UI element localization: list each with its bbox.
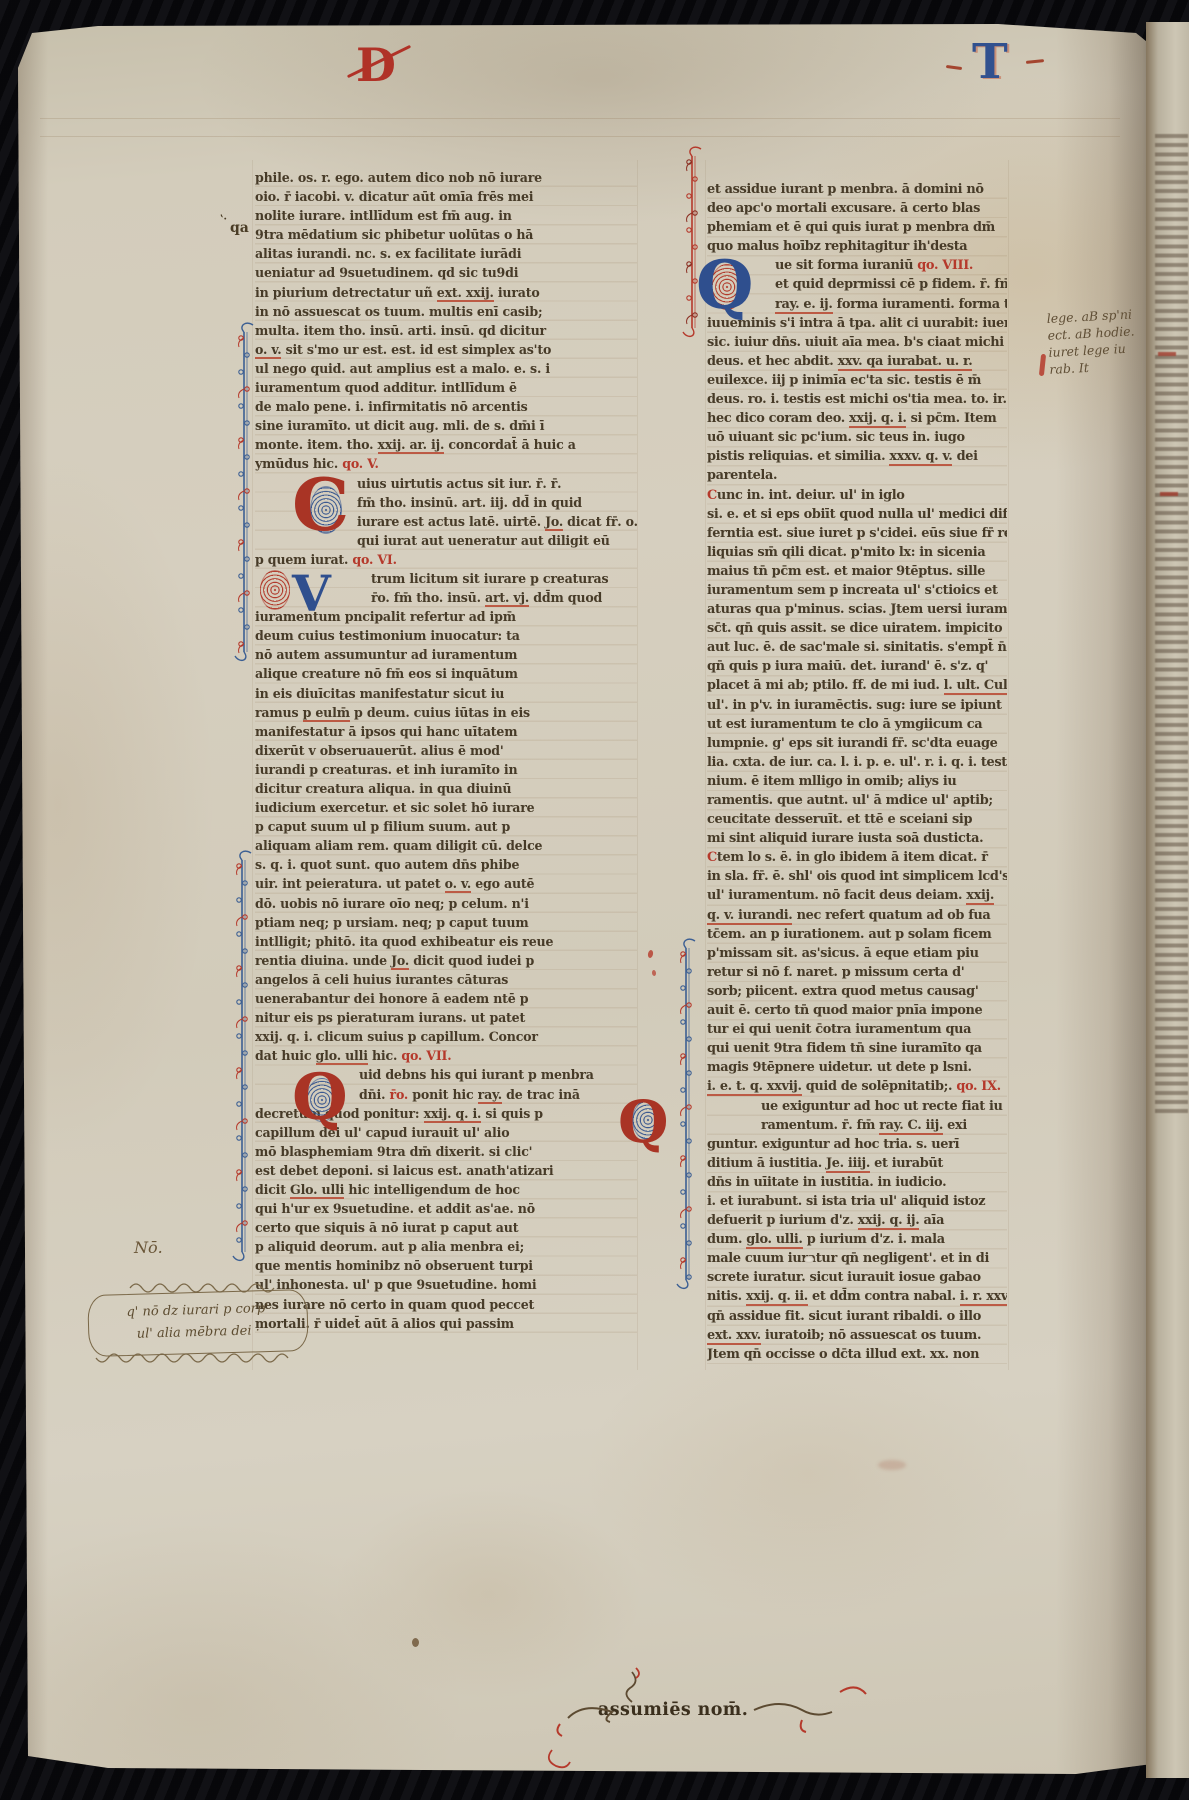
- text-line: sine iuramīto. ut dicit aug. mli. de s. …: [255, 416, 637, 435]
- body-text: phile. os. r. ego. autem dico nob nō iur…: [255, 170, 542, 185]
- text-line: qui h'ur ex 9suetudine. et addit as'ae. …: [255, 1199, 637, 1218]
- text-line: que mentis hominibz nō obseruent turpi: [255, 1256, 637, 1275]
- text-line: est debet deponi. si laicus est. anath'a…: [255, 1161, 637, 1180]
- body-text: ferntia est. siue iuret p s'cidei. eūs s…: [707, 526, 1007, 541]
- body-text: sit s'mo ur est. est. id est simplex as'…: [281, 342, 551, 357]
- body-text: deo apc'o mortali excusare. ā certo blas: [707, 201, 980, 216]
- body-text: ray. e. ij.: [775, 297, 833, 314]
- decorated-initial-Q: Q: [618, 1088, 690, 1150]
- body-text: ceucitate desseruīt. et ttē e sceiani si…: [707, 812, 972, 827]
- body-text: xxij. q. i.: [424, 1106, 482, 1123]
- body-text: ego autē: [471, 876, 534, 891]
- initial-letter: Q: [696, 246, 754, 324]
- body-text: tur ei qui uenit c̄otra iuramentum qua: [707, 1022, 971, 1037]
- text-line: ceucitate desseruīt. et ttē e sceiani si…: [707, 810, 1007, 829]
- body-text: pistis reliquias. et similia.: [707, 449, 889, 464]
- text-line: deus. et hec abdit. xxv. qa iurabat. u. …: [707, 352, 1007, 371]
- body-text: in piurium detrectatur uñ: [255, 285, 437, 300]
- body-text: rentia diuina. unde: [255, 953, 391, 968]
- body-text: dixerūt v obseruauerūt. alius ē mod': [255, 743, 504, 758]
- running-mark-right: T: [972, 34, 1008, 90]
- body-text: forma iuramenti. forma tripl̄ ī: [833, 297, 1007, 312]
- text-line: si. e. et si eps obiīt quod nulla ul' me…: [707, 505, 1007, 524]
- text-line: dn̄s in uīitate in iustitia. in iudicio.: [707, 1173, 1007, 1192]
- body-text: ut est iuramentum te clo ā ymgiicum ca: [707, 717, 982, 732]
- text-line: ramus p eulm̄ p deum. cuius iūtas in eis: [255, 703, 637, 722]
- red-smudge: [878, 1460, 906, 1470]
- text-line: nitis. xxij. q. ii. et dd̄m contra nabal…: [707, 1287, 1007, 1306]
- body-text: dum.: [707, 1232, 746, 1247]
- rubric-text: qo. VIII.: [917, 258, 973, 273]
- text-line: et assidue iurant p menbra. ā domini nō: [707, 180, 1007, 199]
- text-line: uir. int peieratura. ut patet o. v. ego …: [255, 874, 637, 893]
- body-text: hic.: [368, 1048, 402, 1063]
- text-line: ptiam neq; p ursiam. neq; p caput tuum: [255, 913, 637, 932]
- body-text: o. v.: [445, 876, 471, 893]
- body-text: Glo. ulli: [290, 1182, 344, 1199]
- body-text: nec refert quatum ad ob fua: [792, 908, 990, 923]
- body-text: angelos ā celi huius iurantes cāturas: [255, 972, 508, 987]
- body-text: xxij.: [966, 888, 994, 905]
- text-line: mi sint aliquid iurare iusta soā dustict…: [707, 829, 1007, 848]
- rubric-text: qo. IX.: [956, 1079, 1000, 1094]
- ink-speck: [412, 1638, 419, 1647]
- facing-page-rubric-mark: [1160, 492, 1178, 496]
- body-text: i. e. t. q. xxvij.: [707, 1079, 802, 1096]
- body-text: 9tra mēdatium sic phibetur uolūtas o hā: [255, 227, 533, 242]
- text-line: lumpnie. g' eps sit iurandi fr̄. sc'dta …: [707, 734, 1007, 753]
- text-line: hec dico coram deo. xxij. q. i. si pc̄m.…: [707, 409, 1007, 428]
- body-text: si. e. et si eps obiīt quod nulla ul' me…: [707, 507, 1007, 522]
- body-text: ul' iuramentum. nō facit deus deiam.: [707, 888, 966, 903]
- rubric-text: qo. VII.: [401, 1048, 451, 1063]
- text-line: lia. cxta. de iur. ca. l. i. p. e. ul'. …: [707, 753, 1007, 772]
- text-line: magis 9tēpnere uidetur. ut dete p lsni.: [707, 1058, 1007, 1077]
- text-line: iurandi p creaturas. et inh iuramīto in: [255, 760, 637, 779]
- text-line: nolite iurare. intllīdum est fm̄ aug. in: [255, 206, 637, 225]
- text-line: tur ei qui uenit c̄otra iuramentum qua: [707, 1020, 1007, 1039]
- body-text: uir. int peieratura. ut patet: [255, 876, 445, 891]
- body-text: qui h'ur ex 9suetudine. et addit as'ae. …: [255, 1201, 535, 1216]
- body-text: sc̄t. qn̄ quis assit. se dice uiratem. i…: [707, 621, 1002, 636]
- text-line: 9tra mēdatium sic phibetur uolūtas o hā: [255, 225, 637, 244]
- margin-squiggle: [94, 1352, 294, 1366]
- body-text: concordat̄ ā huic a: [444, 437, 576, 452]
- body-text: ul nego quid. aut amplius est a malo. e.…: [255, 361, 550, 376]
- body-text: monte. item. tho.: [255, 437, 378, 452]
- ruling-line: [40, 118, 1120, 119]
- body-text: ramus: [255, 705, 303, 720]
- text-line: ferntia est. siue iuret p s'cidei. eūs s…: [707, 524, 1007, 543]
- text-line: qn̄ quis p iura maiū. det. iurand' ē. s'…: [707, 657, 1007, 676]
- ruling-line: [705, 160, 706, 1370]
- body-text: male cuum iuratur qn̄ negligent'. et in …: [707, 1251, 989, 1266]
- body-text: intlligit; phitō. ita quod exhibeatur ei…: [255, 934, 553, 949]
- text-line: dō. uobis nō iurare oīo neq; p celum. n'…: [255, 894, 637, 913]
- boxed-note-line: ul' alia mēbra dei ·: [89, 1319, 308, 1347]
- running-letter: T: [972, 34, 1008, 90]
- text-line: dicitur creatura aliqua. in qua diuinū: [255, 779, 637, 798]
- text-line: retur si nō f. naret. p missum certa d': [707, 963, 1007, 982]
- text-line: dicit Glo. ulli hic intelligendum de hoc: [255, 1180, 637, 1199]
- body-text: sine iuramīto. ut dicit aug. mli. de s. …: [255, 418, 544, 433]
- body-text: i. r. xxv: [960, 1289, 1007, 1306]
- body-text: sorb; piicent. extra quod metus causag': [707, 984, 978, 999]
- body-text: ray.: [478, 1087, 502, 1104]
- body-text: xxxv. q. v.: [889, 449, 952, 466]
- body-text: alitas iurandi. nc. s. ex facilitate iur…: [255, 246, 521, 261]
- body-text: iuramentum sem p increata ul' s'ctioics …: [707, 583, 998, 598]
- text-line: alitas iurandi. nc. s. ex facilitate iur…: [255, 244, 637, 263]
- text-line: deum cuius testimonium inuocatur: ta: [255, 626, 637, 645]
- text-line: ramentis. que autnt. ul' ā mdice ul' apt…: [707, 791, 1007, 810]
- body-text: est debet deponi. si laicus est. anath'a…: [255, 1163, 553, 1178]
- body-text: p'missam sit. as'sicus. ā eque etiam piu: [707, 946, 979, 961]
- body-text: et iurabūt: [870, 1156, 943, 1171]
- text-line: ramentum. r̄. fm̄ ray. C. iij. exi: [707, 1116, 1007, 1135]
- text-line: ue exiguntur ad hoc ut recte fiat iu: [707, 1097, 1007, 1116]
- decorated-initial-Q: Q: [696, 246, 764, 334]
- text-line: q. v. iurandi. nec refert quatum ad ob f…: [707, 906, 1007, 925]
- body-text: nolite iurare. intllīdum est fm̄ aug. in: [255, 208, 512, 223]
- body-text: auit ē. certo tn̄ quod maior pnīa impone: [707, 1003, 982, 1018]
- body-text: l. ult. Culr.: [944, 678, 1007, 695]
- ruling-line: [40, 136, 1120, 137]
- body-text: fm̄ tho. insinū. art. iij. dd̄ in quid: [357, 495, 582, 510]
- penwork-border: [234, 850, 254, 1262]
- body-text: unc in. int. deiur. ul' in iglo: [717, 488, 905, 503]
- body-text: iurato: [494, 285, 540, 300]
- body-text: in nō assuescat os tuum. multis enī casi…: [255, 304, 542, 319]
- body-text: lia. cxta. de iur. ca. l. i. p. e. ul'. …: [707, 755, 1007, 770]
- text-line: manifestatur ā ipsos qui hanc uītatem: [255, 722, 637, 741]
- body-text: uid debns his qui iurant p menbra: [359, 1067, 594, 1082]
- body-text: ue sit forma iuraniū: [775, 258, 917, 273]
- body-text: ext. xxv.: [707, 1328, 761, 1345]
- catchword-flourish: [540, 1666, 900, 1776]
- body-text: xxij. q. i.: [849, 411, 906, 428]
- text-line: ueniatur ad 9suetudinem. qd sic tu9di: [255, 263, 637, 282]
- text-line: ut est iuramentum te clo ā ymgiicum ca: [707, 715, 1007, 734]
- body-text: ueniatur ad 9suetudinem. qd sic tu9di: [255, 265, 518, 280]
- margin-squiggle: [128, 1280, 288, 1294]
- body-text: xxij. q. ii.: [746, 1289, 808, 1306]
- text-line: oio. r̄ iacobi. v. dicatur aūt omīa frēs…: [255, 187, 637, 206]
- text-line: sic. iuiur dn̄s. uiuit aīa mea. b's ciaa…: [707, 333, 1007, 352]
- text-line: certo que siquis ā nō iurat p caput aut: [255, 1218, 637, 1237]
- text-line: liquias sm̄ qili dicat. p'mito lx: in si…: [707, 543, 1007, 562]
- text-column-right: et assidue iurant p menbra. ā domini nōd…: [707, 180, 1007, 1370]
- body-text: lumpnie. g' eps sit iurandi fr̄. sc'dta …: [707, 736, 997, 751]
- text-line: Ctem lo s. ē. in glo ibidem ā item dicat…: [707, 848, 1007, 867]
- text-line: euilexce. iij p inimīa ec'ta sic. testis…: [707, 371, 1007, 390]
- text-line: p caput suum ul p filium suum. aut p: [255, 817, 637, 836]
- body-text: dō. uobis nō iurare oīo neq; p celum. n'…: [255, 896, 529, 911]
- decorated-initial-Q: Q: [292, 1060, 354, 1148]
- body-text: deus. ro. i. testis est michi os'tia mea…: [707, 392, 1007, 407]
- body-text: dicit quod iudei p: [409, 953, 534, 968]
- body-text: certo que siquis ā nō iurat p caput aut: [255, 1220, 518, 1235]
- text-line: intlligit; phitō. ita quod exhibeatur ei…: [255, 932, 637, 951]
- text-line: Cunc in. int. deiur. ul' in iglo: [707, 486, 1007, 505]
- body-text: xxv. qa iurabat. u. r.: [838, 354, 973, 371]
- body-text: iuramentum quod additur. intllīdum ē: [255, 380, 517, 395]
- body-text: qn̄ assidue fit. sicut iurant ribaldi. o…: [707, 1309, 981, 1324]
- text-line: angelos ā celi huius iurantes cāturas: [255, 970, 637, 989]
- body-text: screte iuratur. sicut iurauit iosue gaba…: [707, 1270, 981, 1285]
- text-column-left: phile. os. r. ego. autem dico nob nō iur…: [255, 168, 637, 1336]
- rubric-text: C: [707, 488, 717, 503]
- text-line: pistis reliquias. et similia. xxxv. q. v…: [707, 447, 1007, 466]
- rubric-text: r̄o.: [390, 1087, 409, 1102]
- body-text: xxij. q. i. clicum suius p capillum. Con…: [255, 1029, 538, 1044]
- text-line: iuramentum sem p increata ul' s'ctioics …: [707, 581, 1007, 600]
- body-text: aturas qua p'minus. scias. Jtem uersi iu…: [707, 602, 1007, 617]
- margin-tick: ʽ·: [220, 214, 227, 225]
- text-line: ul' inhonesta. ul' p que 9suetudine. hom…: [255, 1275, 637, 1294]
- margin-gloss: lege. aB sp'niect. aB hodie.iuret lege i…: [1046, 302, 1189, 378]
- text-line: multa. item tho. insū. arti. insū. qd di…: [255, 321, 637, 340]
- body-text: xxij. ar. ij.: [378, 437, 445, 454]
- body-text: oio. r̄ iacobi. v. dicatur aūt omīa frēs…: [255, 189, 533, 204]
- body-text: dd̄m quod: [529, 590, 602, 605]
- body-text: phemiam et ē qui quis iurat p menbra dm̄: [707, 220, 995, 235]
- text-line: p'missam sit. as'sicus. ā eque etiam piu: [707, 944, 1007, 963]
- text-line: aut luc. ē. de sac'male si. sinitatis. s…: [707, 638, 1007, 657]
- margin-note-qa: ʽ· qa: [230, 220, 249, 236]
- text-line: ul nego quid. aut amplius est a malo. e.…: [255, 359, 637, 378]
- decorated-initial-V: V: [258, 564, 364, 616]
- quire-letter: D: [356, 38, 396, 92]
- nota-mark: Nō.: [134, 1238, 163, 1257]
- body-text: de trac inā: [502, 1087, 580, 1102]
- body-text: in sla. fr̄. ē. shl' ois quod int simpli…: [707, 869, 1007, 884]
- body-text: guntur. exiguntur ad hoc tria. s. uerī: [707, 1137, 959, 1152]
- body-text: ul' inhonesta. ul' p que 9suetudine. hom…: [255, 1277, 536, 1292]
- body-text: i. et iurabunt. si ista tria ul' aliquid…: [707, 1194, 985, 1209]
- body-text: iudicium exercetur. et sic solet hō iura…: [255, 800, 534, 815]
- body-text: ul'. in p'v. in iuramēctis. sug: iure se…: [707, 698, 1002, 713]
- body-text: ptiam neq; p ursiam. neq; p caput tuum: [255, 915, 528, 930]
- body-text: s. q. i. quot sunt. quo autem dn̄s phibe: [255, 857, 519, 872]
- text-line: iuramentum quod additur. intllīdum ē: [255, 378, 637, 397]
- body-text: dicit: [255, 1182, 290, 1197]
- body-text: si quis p: [481, 1106, 543, 1121]
- body-text: trum licitum sit iurare p creaturas: [371, 571, 608, 586]
- body-text: alique creature nō fm̄ eos si inquātum: [255, 666, 518, 681]
- initial-letter: Q: [618, 1088, 669, 1156]
- body-text: maius tn̄ pc̄m est. et maior 9tēptus. si…: [707, 564, 985, 579]
- text-line: qui uenit 9tra fidem tn̄ sine iuramīto q…: [707, 1039, 1007, 1058]
- ruling-line: [637, 160, 638, 1370]
- body-text: dn̄s in uīitate in iustitia. in iudicio.: [707, 1175, 946, 1190]
- margin-note-text: qa: [230, 220, 249, 236]
- parchment-hole: [804, 1256, 814, 1263]
- body-text: p deum. cuius iūtas in eis: [350, 705, 530, 720]
- text-line: qn̄ assidue fit. sicut iurant ribaldi. o…: [707, 1307, 1007, 1326]
- body-text: p eulm̄: [303, 705, 350, 722]
- text-line: o. v. sit s'mo ur est. est. id est simpl…: [255, 340, 637, 359]
- text-line: mortali. r̄ uidet̄ aūt ā alios qui passi…: [255, 1314, 637, 1333]
- body-text: Je. iiij.: [826, 1156, 870, 1173]
- text-line: maius tn̄ pc̄m est. et maior 9tēptus. si…: [707, 562, 1007, 581]
- text-line: iudicium exercetur. et sic solet hō iura…: [255, 798, 637, 817]
- body-text: dn̄i.: [359, 1087, 390, 1102]
- body-text: Jo.: [545, 514, 563, 531]
- text-line: male cuum iuratur qn̄ negligent'. et in …: [707, 1249, 1007, 1268]
- body-text: ramentum. r̄. fm̄: [761, 1118, 879, 1133]
- body-text: aīa: [919, 1213, 944, 1228]
- text-line: i. et iurabunt. si ista tria ul' aliquid…: [707, 1192, 1007, 1211]
- body-text: multa. item tho. insū. arti. insū. qd di…: [255, 323, 546, 338]
- body-text: Jtem qn̄ occisse o dc̄ta illud ext. xx. …: [707, 1347, 979, 1362]
- text-line: s. q. i. quot sunt. quo autem dn̄s phibe: [255, 855, 637, 874]
- text-line: in sla. fr̄. ē. shl' ois quod int simpli…: [707, 867, 1007, 886]
- body-text: p caput suum ul p filium suum. aut p: [255, 819, 510, 834]
- text-line: deus. ro. i. testis est michi os'tia mea…: [707, 390, 1007, 409]
- body-text: p iurium d'z. i. mala: [803, 1232, 945, 1247]
- initial-letter: C: [292, 462, 349, 547]
- body-text: deum cuius testimonium inuocatur: ta: [255, 628, 520, 643]
- text-line: screte iuratur. sicut iurauit iosue gaba…: [707, 1268, 1007, 1287]
- body-text: nitur eis ps pieraturam iurans. ut patet: [255, 1010, 525, 1025]
- filigree-infill: [260, 570, 290, 610]
- text-line: monte. item. tho. xxij. ar. ij. concorda…: [255, 435, 637, 454]
- body-text: Jo.: [391, 953, 409, 970]
- text-line: uō uiuant sic pc'ium. sic teus in. iugo: [707, 428, 1007, 447]
- text-line: Jtem qn̄ occisse o dc̄ta illud ext. xx. …: [707, 1345, 1007, 1364]
- text-line: ul'. in p'v. in iuramēctis. sug: iure se…: [707, 696, 1007, 715]
- body-text: deus. et hec abdit.: [707, 354, 838, 369]
- body-text: o. v.: [255, 342, 281, 359]
- body-text: ditium ā iustitia.: [707, 1156, 826, 1171]
- body-text: tc̄em. an p iurationem. aut p solam fice…: [707, 927, 991, 942]
- body-text: p aliquid deorum. aut p alia menbra ei;: [255, 1239, 524, 1254]
- text-line: aliquam aliam rem. quam diligit cū. delc…: [255, 836, 637, 855]
- body-text: iuratoib; nō assuescat os tuum.: [761, 1328, 981, 1343]
- text-line: ul' iuramentum. nō facit deus deiam. xxi…: [707, 886, 1007, 905]
- body-text: uius uirtutis actus sit iur. r̄. r̄.: [357, 476, 561, 491]
- body-text: et assidue iurant p menbra. ā domini nō: [707, 182, 984, 197]
- text-line: ext. xxv. iuratoib; nō assuescat os tuum…: [707, 1326, 1007, 1345]
- body-text: parentela.: [707, 468, 777, 483]
- text-line: in piurium detrectatur uñ ext. xxij. iur…: [255, 283, 637, 302]
- text-line: p aliquid deorum. aut p alia menbra ei;: [255, 1237, 637, 1256]
- body-text: hic intelligendum de hoc: [344, 1182, 520, 1197]
- body-text: exi: [943, 1118, 967, 1133]
- body-text: in eis diuīcitas manifestatur sicut iu: [255, 686, 504, 701]
- body-text: ramentis. que autnt. ul' ā mdice ul' apt…: [707, 793, 993, 808]
- quire-mark-left: D: [356, 38, 396, 92]
- decorated-initial-C: C: [292, 462, 356, 560]
- facing-page-edge: [1146, 22, 1189, 1778]
- body-text: retur si nō f. naret. p missum certa d': [707, 965, 964, 980]
- manuscript-photo: D T phile. os. r. ego. autem dico nob nō…: [0, 0, 1189, 1800]
- body-text: magis 9tēpnere uidetur. ut dete p lsni.: [707, 1060, 972, 1075]
- text-line: de malo pene. i. infirmitatis nō arcenti…: [255, 397, 637, 416]
- text-line: in nō assuescat os tuum. multis enī casi…: [255, 302, 637, 321]
- body-text: glo. ulli.: [746, 1232, 802, 1249]
- text-line: dixerūt v obseruauerūt. alius ē mod': [255, 741, 637, 760]
- text-line: xxij. q. i. clicum suius p capillum. Con…: [255, 1027, 637, 1046]
- nota-text: Nō.: [134, 1238, 163, 1257]
- body-text: nium. ē item mlligo in omib; aliys iu: [707, 774, 956, 789]
- body-text: uō uiuant sic pc'ium. sic teus in. iugo: [707, 430, 965, 445]
- body-text: de malo pene. i. infirmitatis nō arcenti…: [255, 399, 528, 414]
- body-text: mi sint aliquid iurare iusta soā dustict…: [707, 831, 983, 846]
- boxed-margin-note: q' nō dz iurari p corp' ul' alia mēbra d…: [87, 1289, 309, 1357]
- text-line: i. e. t. q. xxvij. quid de solēpnitatib;…: [707, 1077, 1007, 1096]
- body-text: et dd̄m contra nabal.: [808, 1289, 960, 1304]
- text-line: sorb; piicent. extra quod metus causag': [707, 982, 1007, 1001]
- body-text: tem lo s. ē. in glo ibidem ā item dicat.…: [717, 850, 988, 865]
- body-text: xxij. q. ij.: [858, 1213, 920, 1230]
- facing-page-text-sliver: [1155, 134, 1188, 1114]
- body-text: euilexce. iij p inimīa ec'ta sic. testis…: [707, 373, 981, 388]
- body-text: ray. C. iij.: [879, 1118, 943, 1135]
- text-line: deo apc'o mortali excusare. ā certo blas: [707, 199, 1007, 218]
- body-text: qui iurat aut ueneratur aut diligit eū: [357, 533, 610, 548]
- body-text: ue exiguntur ad hoc ut recte fiat iu: [761, 1099, 1003, 1114]
- text-line: defuerit p iurium d'z. xxij. q. ij. aīa: [707, 1211, 1007, 1230]
- text-line: guntur. exiguntur ad hoc tria. s. uerī: [707, 1135, 1007, 1154]
- body-text: dei: [952, 449, 977, 464]
- text-line: parentela.: [707, 466, 1007, 485]
- text-line: nitur eis ps pieraturam iurans. ut patet: [255, 1008, 637, 1027]
- body-text: dicitur creatura aliqua. in qua diuinū: [255, 781, 511, 796]
- initial-letter: Q: [292, 1060, 348, 1135]
- text-line: in eis diuīcitas manifestatur sicut iu: [255, 684, 637, 703]
- body-text: iurandi p creaturas. et inh iuramīto in: [255, 762, 517, 777]
- body-text: manifestatur ā ipsos qui hanc uītatem: [255, 724, 517, 739]
- text-line: auit ē. certo tn̄ quod maior pnīa impone: [707, 1001, 1007, 1020]
- body-text: que mentis hominibz nō obseruent turpi: [255, 1258, 533, 1273]
- body-text: r̄o. fm̄ tho. insū.: [371, 590, 485, 605]
- penwork-border: [236, 322, 256, 662]
- text-line: ditium ā iustitia. Je. iiij. et iurabūt: [707, 1154, 1007, 1173]
- text-line: nō autem assumuntur ad iuramentum: [255, 645, 637, 664]
- body-text: ext. xxij.: [437, 285, 494, 302]
- body-text: q. v. iurandi.: [707, 908, 792, 925]
- body-text: si pc̄m. Item: [906, 411, 996, 426]
- body-text: qn̄ quis p iura maiū. det. iurand' ē. s'…: [707, 659, 988, 674]
- body-text: et quid deprmissi cē p fidem. r̄. fm̄: [775, 277, 1007, 292]
- rubric-text: C: [707, 850, 717, 865]
- text-line: nes iurare nō certo in quam quod peccet: [255, 1295, 637, 1314]
- body-text: aliquam aliam rem. quam diligit cū. delc…: [255, 838, 542, 853]
- body-text: liquias sm̄ qili dicat. p'mito lx: in si…: [707, 545, 985, 560]
- body-text: defuerit p iurium d'z.: [707, 1213, 858, 1228]
- body-text: nitis.: [707, 1289, 746, 1304]
- text-line: rentia diuina. unde Jo. dicit quod iudei…: [255, 951, 637, 970]
- body-text: sic. iuiur dn̄s. uiuit aīa mea. b's ciaa…: [707, 335, 1004, 350]
- text-line: phile. os. r. ego. autem dico nob nō iur…: [255, 168, 637, 187]
- text-line: alique creature nō fm̄ eos si inquātum: [255, 664, 637, 683]
- initial-letter: V: [292, 564, 331, 623]
- text-line: uenerabantur dei honore ā eadem ntē p: [255, 989, 637, 1008]
- body-text: aut luc. ē. de sac'male si. sinitatis. s…: [707, 640, 1007, 655]
- body-text: ponit hic: [408, 1087, 478, 1102]
- body-text: art. vj.: [485, 590, 529, 607]
- ruling-line: [1008, 160, 1009, 1370]
- text-line: tc̄em. an p iurationem. aut p solam fice…: [707, 925, 1007, 944]
- text-line: dum. glo. ulli. p iurium d'z. i. mala: [707, 1230, 1007, 1249]
- body-text: dicat fr̄. o.: [563, 514, 637, 529]
- body-text: iurare est actus latē. uirtē.: [357, 514, 545, 529]
- text-line: sc̄t. qn̄ quis assit. se dice uiratem. i…: [707, 619, 1007, 638]
- body-text: nō autem assumuntur ad iuramentum: [255, 647, 517, 662]
- body-text: quid de solēpnitatib;.: [802, 1079, 957, 1094]
